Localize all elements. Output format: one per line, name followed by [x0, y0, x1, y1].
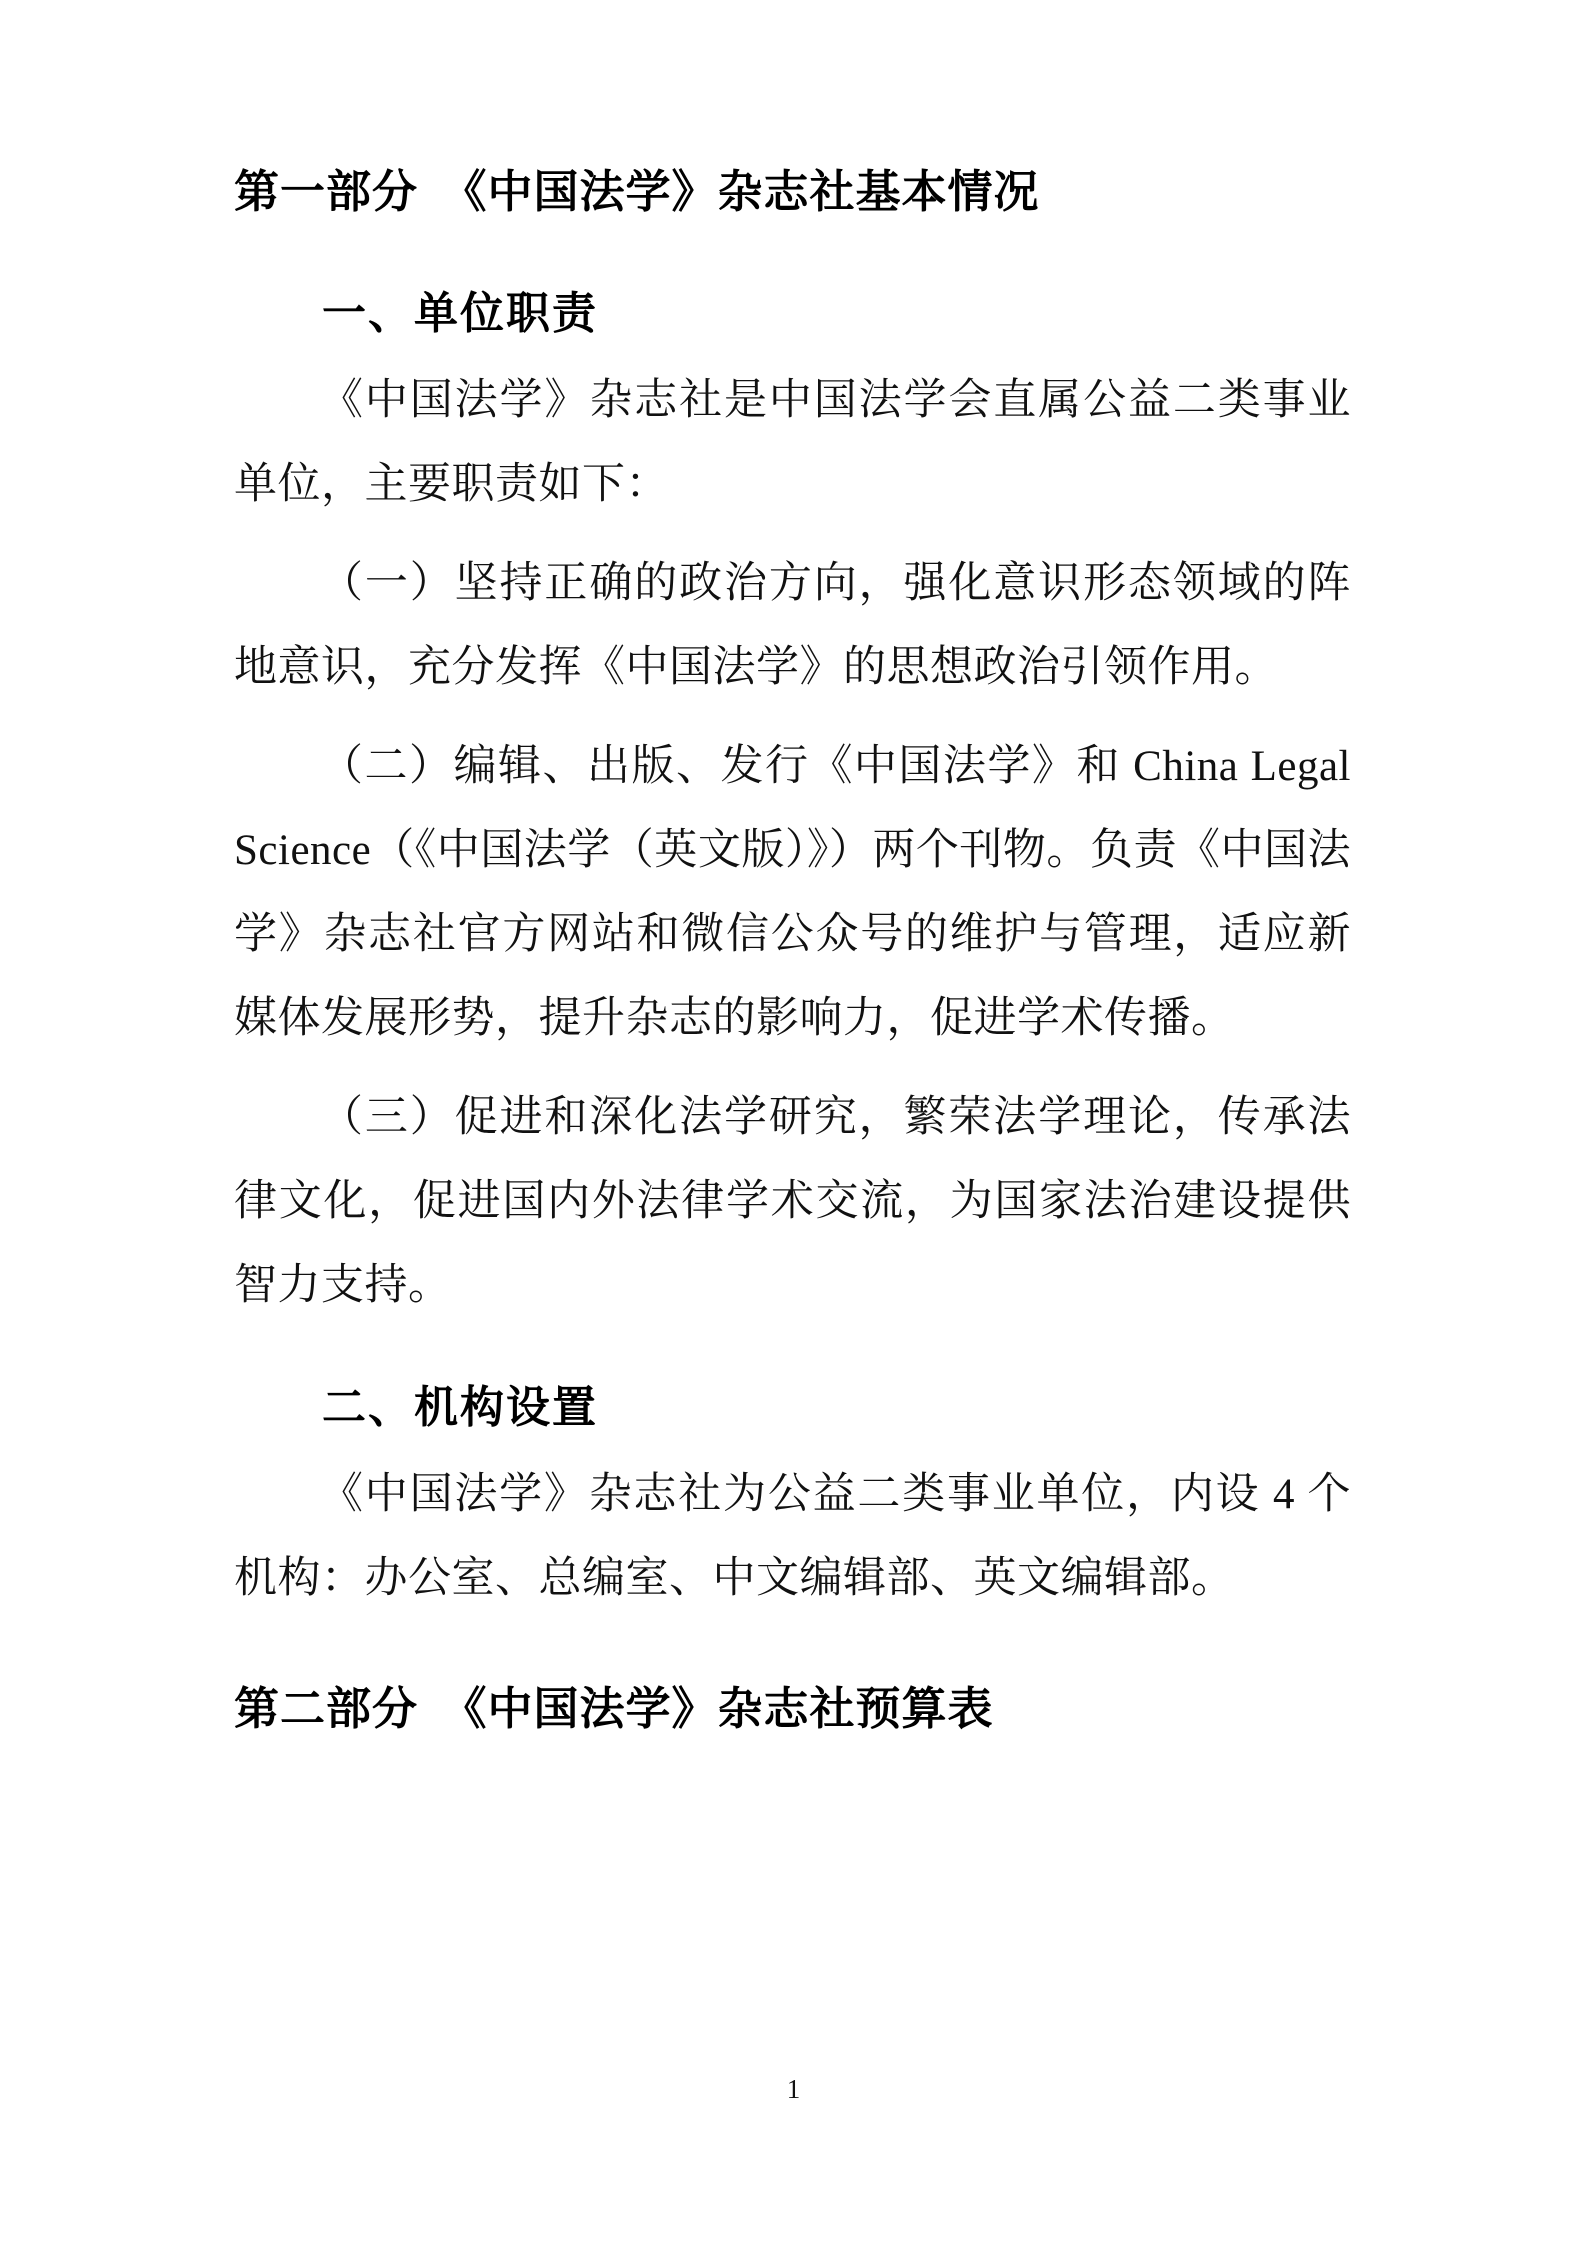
section2-heading: 二、机构设置 — [234, 1366, 1351, 1450]
section1-paragraph-item1: （一）坚持正确的政治方向，强化意识形态领域的阵地意识，充分发挥《中国法学》的思想… — [234, 542, 1351, 710]
section1-paragraph-item2: （二）编辑、出版、发行《中国法学》和 China Legal Science（《… — [234, 725, 1351, 1061]
part1-title: 第一部分 《中国法学》杂志社基本情况 — [234, 150, 1351, 234]
section1-paragraph-item3: （三）促进和深化法学研究，繁荣法学理论，传承法律文化，促进国内外法律学术交流，为… — [234, 1076, 1351, 1328]
section1-paragraph-intro: 《中国法学》杂志社是中国法学会直属公益二类事业单位，主要职责如下： — [234, 359, 1351, 527]
section2-paragraph-intro: 《中国法学》杂志社为公益二类事业单位，内设 4 个机构：办公室、总编室、中文编辑… — [234, 1453, 1351, 1621]
page-number: 1 — [0, 2072, 1587, 2106]
document-page: 第一部分 《中国法学》杂志社基本情况 一、单位职责 《中国法学》杂志社是中国法学… — [0, 0, 1587, 2245]
part2-title: 第二部分 《中国法学》杂志社预算表 — [234, 1667, 1351, 1751]
section1-heading: 一、单位职责 — [234, 272, 1351, 356]
